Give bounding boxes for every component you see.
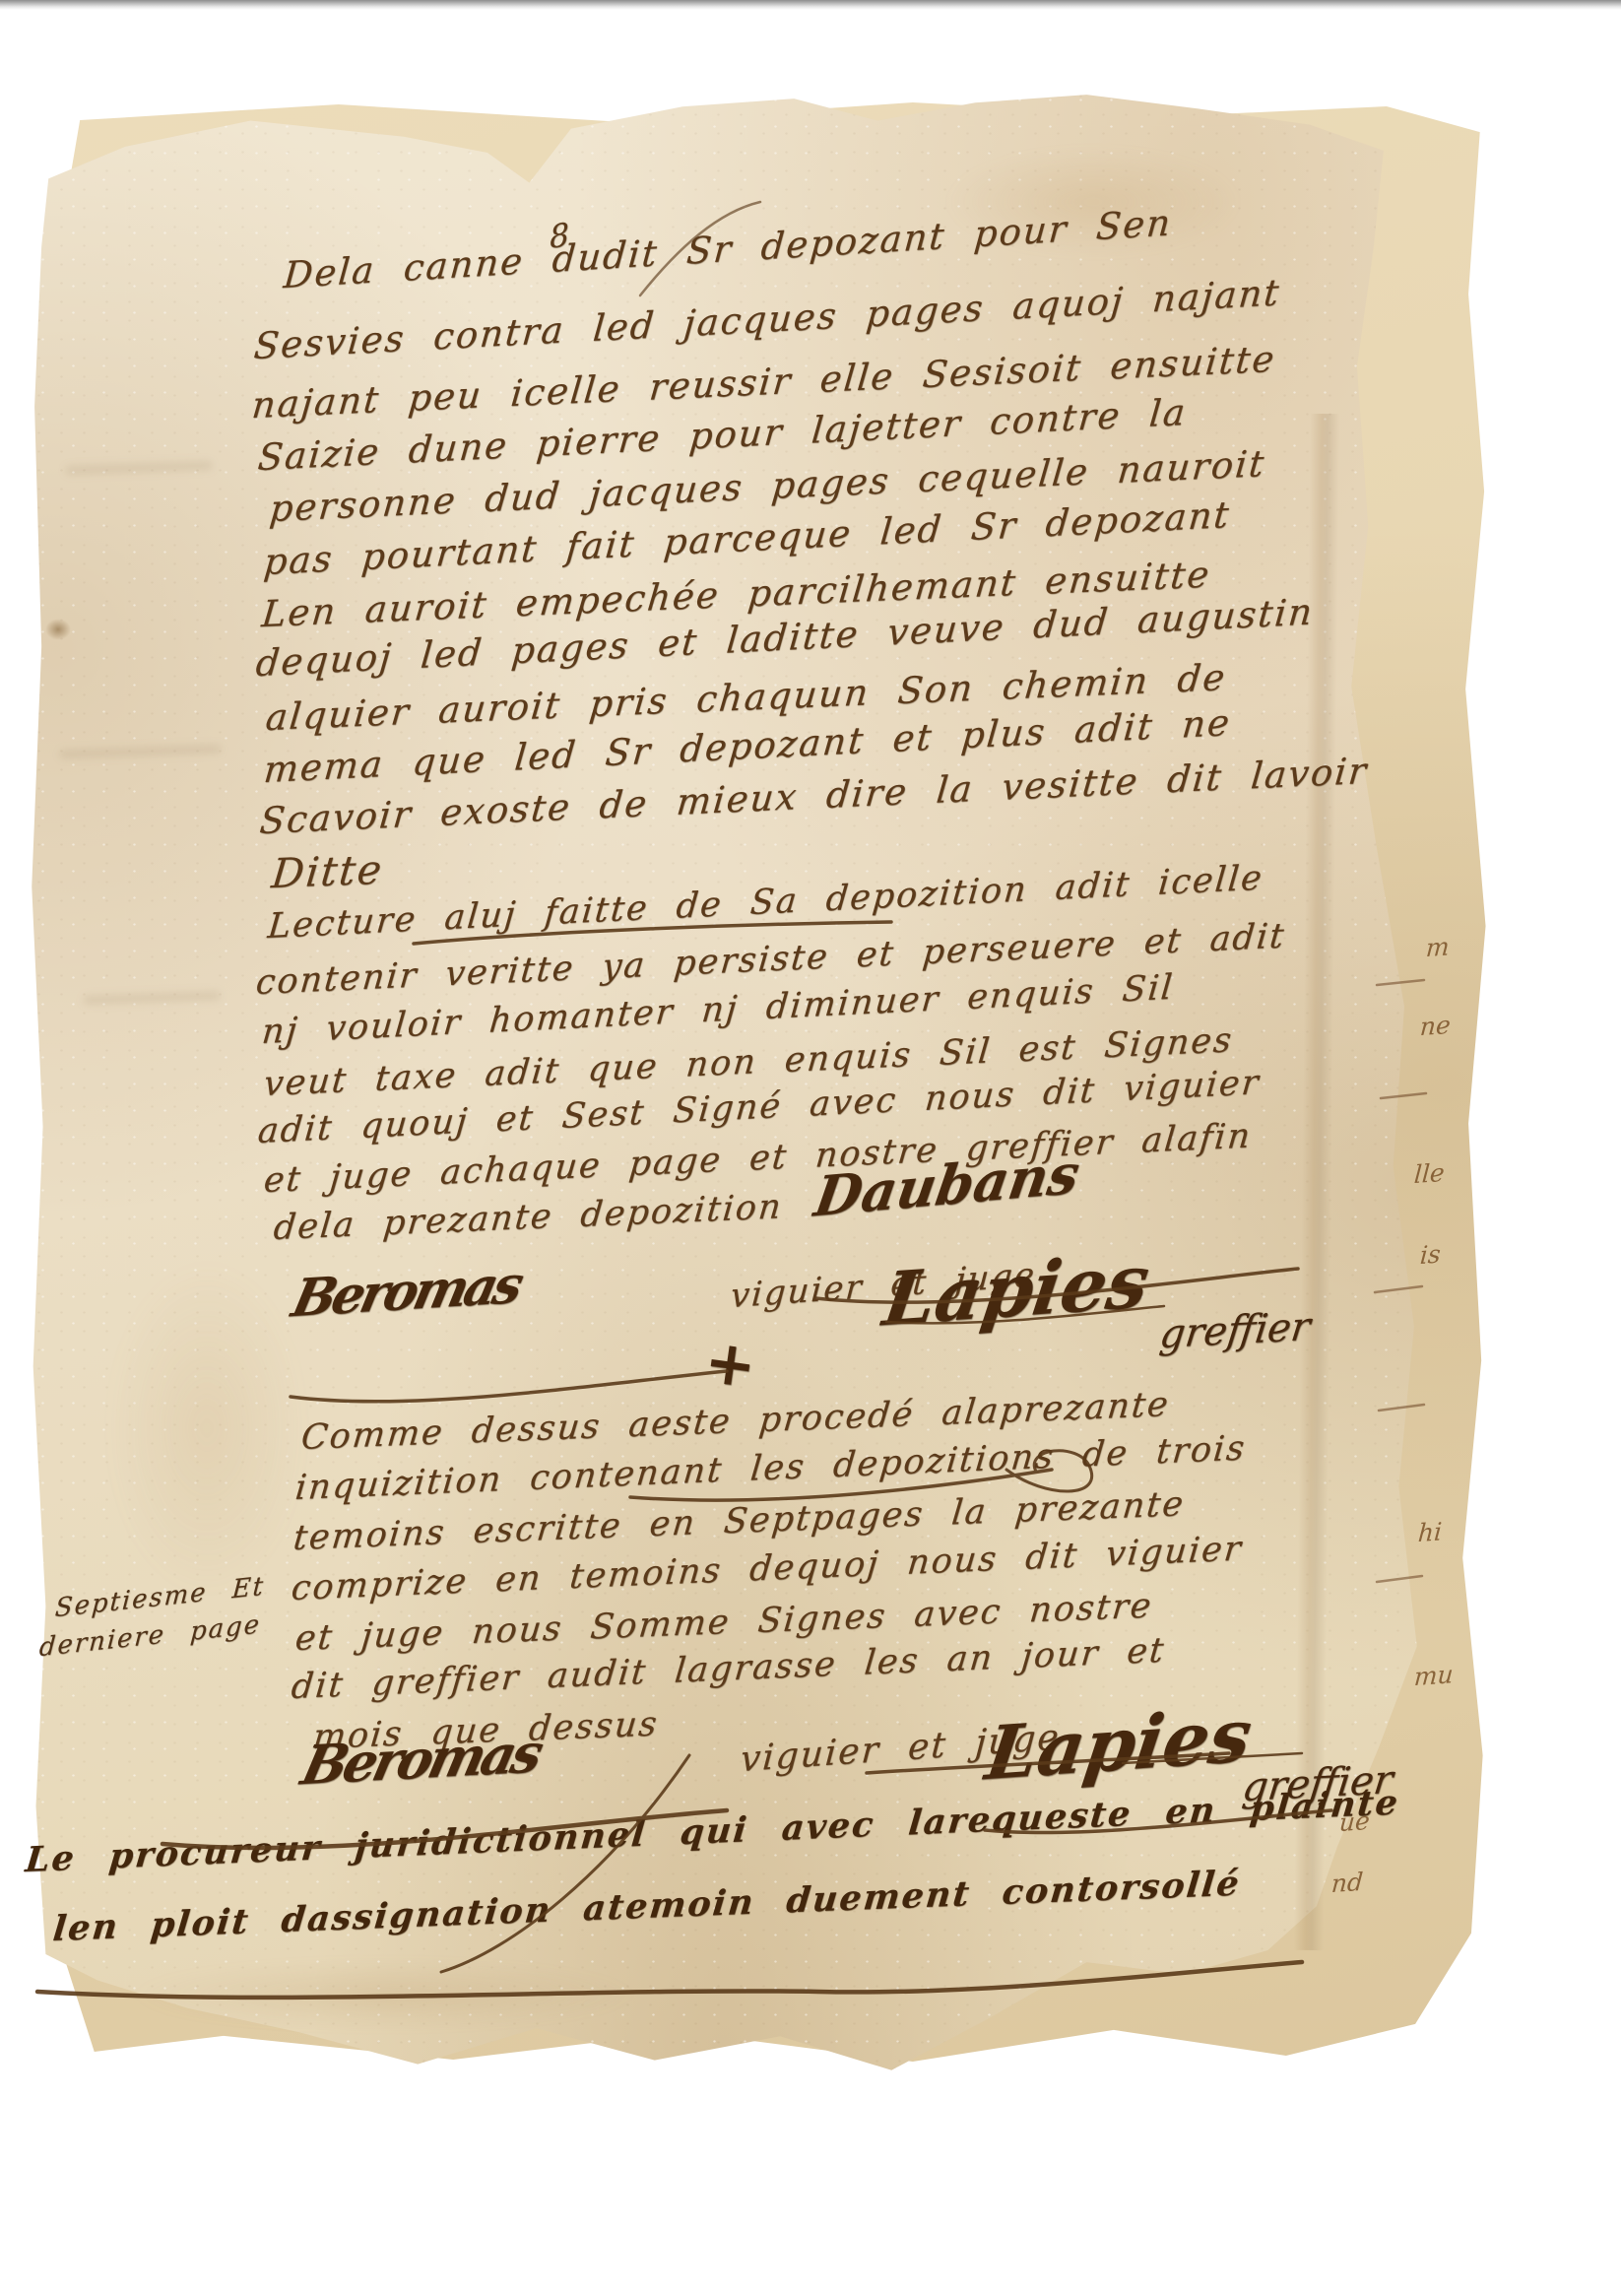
cross-mark: + bbox=[700, 1324, 761, 1403]
signature-greffier-title: greffier bbox=[1157, 1304, 1313, 1357]
under-page-text-fragment: nd bbox=[1330, 1868, 1364, 1898]
handwritten-line: Ditte bbox=[270, 846, 386, 898]
under-page-text-fragment: ne bbox=[1419, 1011, 1452, 1041]
signature-viguier: Beromas bbox=[296, 1721, 547, 1797]
under-page-text-fragment: is bbox=[1419, 1239, 1442, 1270]
under-page-text-fragment: m bbox=[1425, 932, 1451, 962]
under-page-text-fragment: lle bbox=[1413, 1158, 1446, 1189]
under-page-text-fragment: hi bbox=[1417, 1517, 1443, 1547]
under-page-text-fragment: ue bbox=[1338, 1806, 1371, 1837]
scanner-edge-shadow bbox=[0, 0, 1621, 10]
under-page-text-fragment: mu bbox=[1413, 1660, 1455, 1691]
